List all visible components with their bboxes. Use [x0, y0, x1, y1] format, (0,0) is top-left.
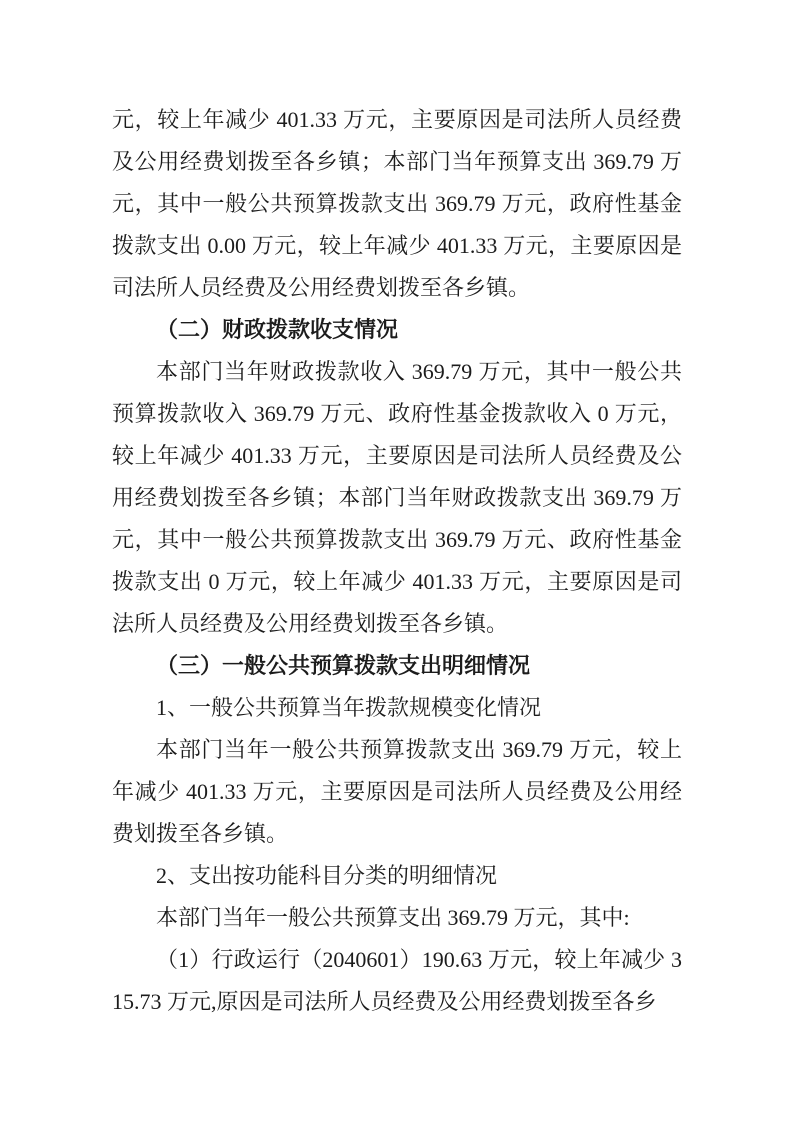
section-heading: （三）一般公共预算拨款支出明细情况 — [112, 645, 682, 687]
document-content: 元，较上年减少 401.33 万元，主要原因是司法所人员经费及公用经费划拨至各乡… — [112, 99, 682, 1023]
paragraph: 本部门当年财政拨款收入 369.79 万元，其中一般公共预算拨款收入 369.7… — [112, 351, 682, 645]
paragraph: 本部门当年一般公共预算支出 369.79 万元，其中: — [112, 897, 682, 939]
paragraph: 2、支出按功能科目分类的明细情况 — [112, 855, 682, 897]
section-heading: （二）财政拨款收支情况 — [112, 309, 682, 351]
paragraph: 元，较上年减少 401.33 万元，主要原因是司法所人员经费及公用经费划拨至各乡… — [112, 99, 682, 309]
document-page: 元，较上年减少 401.33 万元，主要原因是司法所人员经费及公用经费划拨至各乡… — [0, 0, 793, 1122]
paragraph: 本部门当年一般公共预算拨款支出 369.79 万元，较上年减少 401.33 万… — [112, 729, 682, 855]
paragraph: （1）行政运行（2040601）190.63 万元，较上年减少 315.73 万… — [112, 939, 682, 1023]
paragraph: 1、一般公共预算当年拨款规模变化情况 — [112, 687, 682, 729]
